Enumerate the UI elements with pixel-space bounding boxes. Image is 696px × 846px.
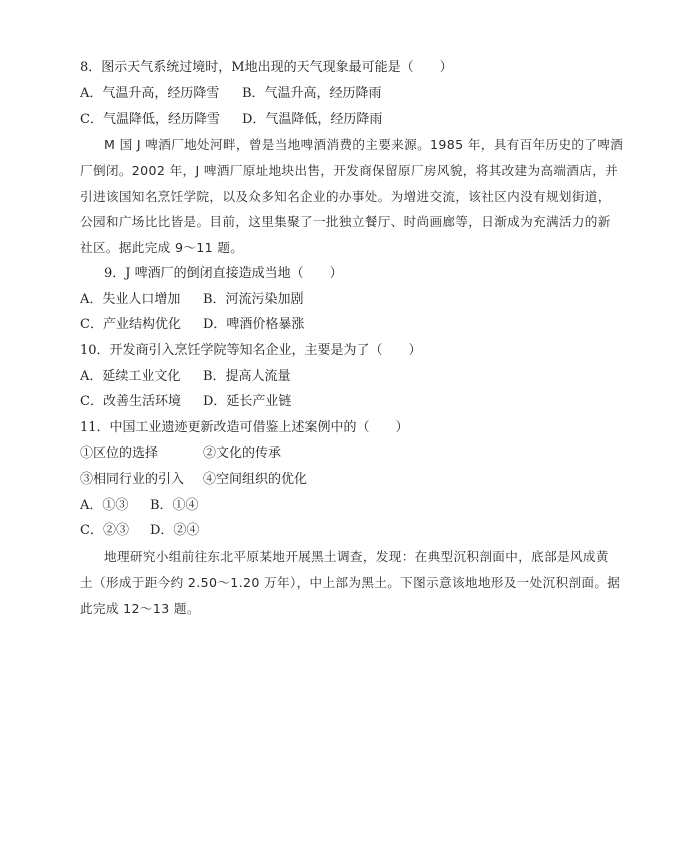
- question-10-stem: 10．开发商引入烹饪学院等知名企业，主要是为了（ ）: [80, 341, 422, 361]
- question-11-item-4: ④空间组织的优化: [203, 470, 307, 490]
- question-9-option-a: A．失业人口增加: [80, 290, 180, 310]
- question-10-option-a: A．延续工业文化: [80, 367, 180, 387]
- question-9-stem: 9．J 啤酒厂的倒闭直接造成当地（ ）: [104, 264, 343, 284]
- question-11-item-1: ①区位的选择: [80, 444, 158, 464]
- question-10-option-d: D．延长产业链: [203, 392, 291, 412]
- passage-black-soil-line-1: 地理研究小组前往东北平原某地开展黑土调查，发现：在典型沉积剖面中，底部是风成黄: [104, 547, 609, 567]
- question-11-option-b: B．①④: [150, 496, 199, 516]
- question-11-option-d: D．②④: [150, 521, 199, 541]
- passage-black-soil-line-3: 此完成 12～13 题。: [80, 599, 200, 619]
- question-11-stem: 11．中国工业遗迹更新改造可借鉴上述案例中的（ ）: [80, 418, 409, 438]
- question-10-option-b: B．提高人流量: [203, 367, 291, 387]
- question-8-option-b: B．气温升高，经历降雨: [242, 84, 382, 104]
- passage-brewery-line-3: 引进该国知名烹饪学院，以及众多知名企业的办事处。为增进交流，该社区内没有规划街道…: [80, 187, 611, 207]
- passage-brewery-line-4: 公园和广场比比皆是。目前，这里集聚了一批独立餐厅、时尚画廊等，日渐成为充满活力的…: [80, 212, 611, 232]
- question-9-option-c: C．产业结构优化: [80, 315, 181, 335]
- question-8-option-d: D．气温降低，经历降雨: [242, 110, 382, 130]
- question-11-option-c: C．②③: [80, 521, 129, 541]
- question-11-option-a: A．①③: [80, 496, 128, 516]
- passage-brewery-line-2: 厂倒闭。2002 年，J 啤酒厂原址地块出售，开发商保留原厂房风貌，将其改建为高…: [80, 161, 618, 181]
- question-10-option-c: C．改善生活环境: [80, 392, 181, 412]
- question-11-item-2: ②文化的传承: [203, 444, 281, 464]
- question-8-option-c: C．气温降低，经历降雪: [80, 110, 220, 130]
- passage-brewery-line-5: 社区。据此完成 9～11 题。: [80, 238, 243, 258]
- question-9-option-d: D．啤酒价格暴涨: [203, 315, 304, 335]
- passage-brewery-line-1: M 国 J 啤酒厂地处河畔，曾是当地啤酒消费的主要来源。1985 年，具有百年历…: [104, 135, 623, 155]
- question-8-stem: 8．图示天气系统过境时，M地出现的天气现象最可能是（ ）: [80, 58, 453, 78]
- question-9-option-b: B．河流污染加剧: [203, 290, 304, 310]
- passage-black-soil-line-2: 土（形成于距今约 2.50～1.20 万年），中上部为黑土。下图示意该地地形及一…: [80, 573, 620, 593]
- question-8-option-a: A．气温升高，经历降雪: [80, 84, 219, 104]
- question-11-item-3: ③相同行业的引入: [80, 470, 184, 490]
